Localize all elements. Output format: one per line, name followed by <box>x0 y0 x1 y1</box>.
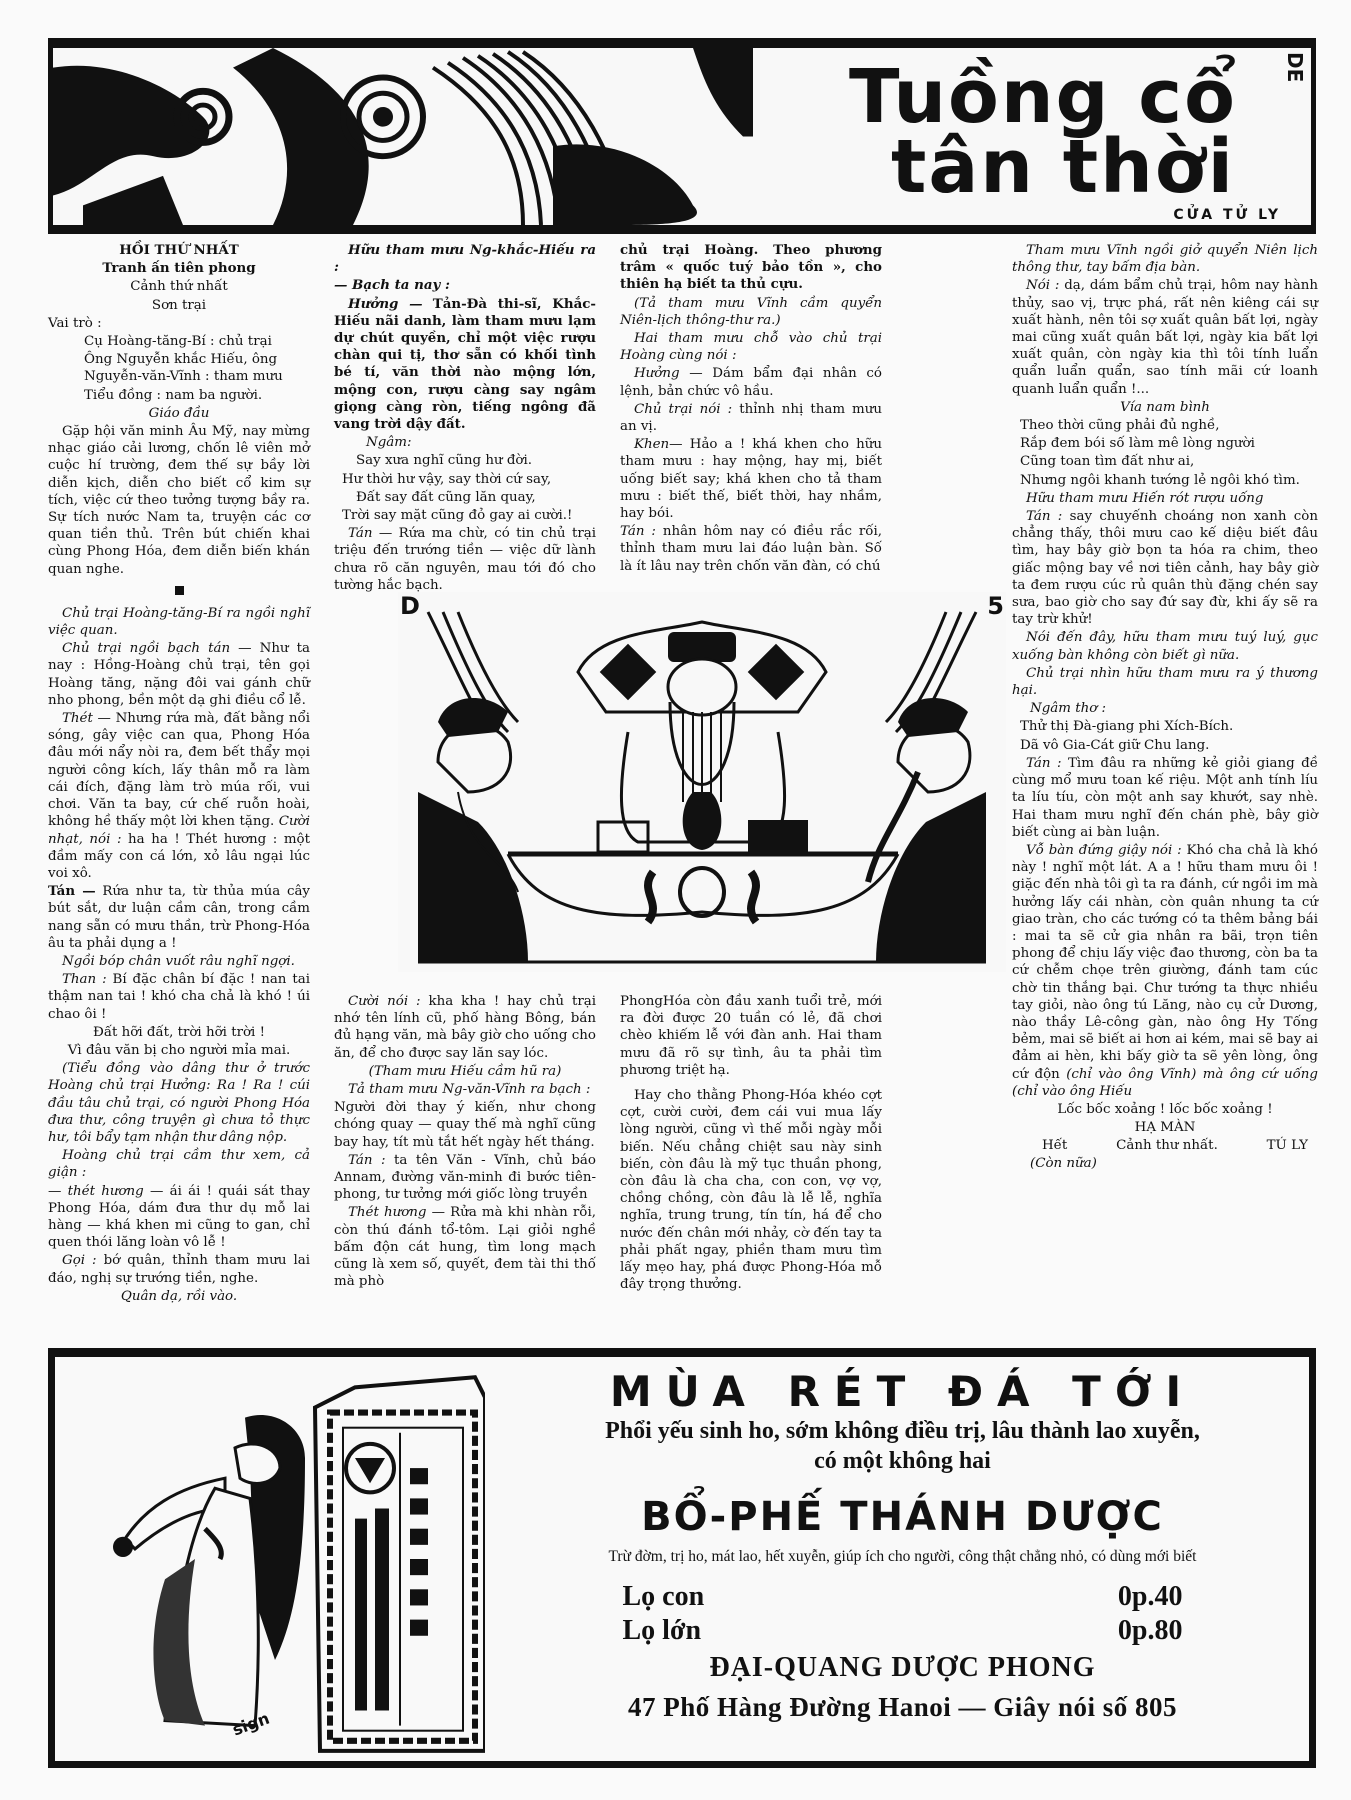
stage-direction: Hai tham mưu chỗ vào chủ trại Hoàng cùng… <box>620 330 882 364</box>
dialogue-paragraph: Gọi : bớ quân, thỉnh tham mưu lai đáo, n… <box>48 1252 310 1286</box>
dialogue-paragraph: PhongHóa còn đầu xanh tuổi trẻ, mới ra đ… <box>620 993 882 1079</box>
dialogue-paragraph: Khen— Hảo a ! khá khen cho hữu tham mưu … <box>620 436 882 522</box>
dialogue-paragraph: Than : Bí đặc chân bí đặc ! nan tai thậm… <box>48 971 310 1023</box>
dialogue-paragraph: Cười nói : kha kha ! hay chủ trại nhớ tê… <box>334 993 596 1062</box>
corner-mark: DE <box>1283 52 1307 82</box>
title-line-2: tân thời <box>753 132 1316 202</box>
dialogue-paragraph: Người đời thay ý kiến, như chong chóng q… <box>334 1099 596 1151</box>
council-scene-icon <box>398 592 1006 972</box>
byline: TÚ LY <box>1267 1137 1308 1154</box>
dialogue-paragraph: Hưởng — Tản-Đà thi-sĩ, Khắc-Hiếu nãi dan… <box>334 296 596 434</box>
role-item: Cụ Hoàng-tăng-Bí : chủ trại <box>48 333 310 350</box>
verse-line: Rắp đem bói số làm mê lòng người <box>1012 435 1318 452</box>
stage-direction: Nói đến đây, hữu tham mưu tuý luý, gục x… <box>1012 629 1318 663</box>
price-label: Lọ lớn <box>623 1614 702 1648</box>
price-value: 0p.80 <box>1118 1614 1183 1648</box>
price-list: Lọ con 0p.40 Lọ lớn 0p.80 <box>623 1580 1183 1648</box>
decorative-woodcut-icon <box>53 48 753 225</box>
setting-heading: Sơn trại <box>48 297 310 314</box>
stage-direction: (Tiểu đồng vào dâng thư ở trước Hoàng ch… <box>48 1060 310 1146</box>
scene-heading: Cảnh thứ nhất <box>48 278 310 295</box>
advertisement-copy: MÙA RÉT ĐÁ TỚI Phổi yếu sinh ho, sớm khô… <box>495 1367 1310 1723</box>
prologue-paragraph: Gặp hội văn minh Âu Mỹ, nay mừng nhạc gi… <box>48 423 310 578</box>
ad-headline: MÙA RÉT ĐÁ TỚI <box>495 1367 1310 1416</box>
dialogue-paragraph: Hưởng — Dám bẩm đại nhân có lệnh, bản ch… <box>620 365 882 399</box>
page-number: 5 <box>987 592 1004 620</box>
act-heading: HỒI THỨ NHẤT <box>48 242 310 259</box>
dialogue-paragraph: — thét hương — ái ái ! quái sát thay Pho… <box>48 1183 310 1252</box>
company-name: ĐẠI-QUANG DƯỢC PHONG <box>495 1652 1310 1684</box>
dialogue-paragraph: Vỗ bàn đứng giậy nói : Khó cha chả là kh… <box>1012 842 1318 1100</box>
title-line-1: Tuồng cổ <box>753 62 1316 132</box>
company-address: 47 Phố Hàng Đường Hanoi — Giây nói số 80… <box>495 1692 1310 1723</box>
verse-line: Vì đâu văn bị cho người mỉa mai. <box>48 1042 310 1059</box>
dialogue-paragraph: Tán : ta tên Văn - Vĩnh, chủ báo Annam, … <box>334 1152 596 1204</box>
verse-line: Cũng toan tìm đất như ai, <box>1012 453 1318 470</box>
role-item: Ông Nguyễn khắc Hiếu, ông Nguyễn-văn-Vĩn… <box>48 351 310 385</box>
verse-line: Đất hỡi đất, trời hỡi trời ! <box>48 1024 310 1041</box>
continued-note: (Còn nữa) <box>1012 1155 1318 1172</box>
dialogue-paragraph: Hay cho thằng Phong-Hóa khéo cợt cợt, cư… <box>620 1087 882 1293</box>
dialogue-paragraph: Thét hương — Rửa mà khi nhàn rỗi, còn th… <box>334 1204 596 1290</box>
stage-direction: Ngồi bóp chân vuốt râu nghĩ ngợi. <box>48 953 310 970</box>
stage-direction: (Tả tham mưu Vĩnh cầm quyển Niên-lịch th… <box>620 295 882 329</box>
verse-line: Thử thị Đà-giang phi Xích-Bích. <box>1012 718 1318 735</box>
masthead-banner: Tuồng cổ tân thời CỬA TỬ LY DE <box>48 38 1316 234</box>
verse-line: Dã vô Gia-Cát giữ Chu lang. <box>1012 737 1318 754</box>
end-scene: Cảnh thư nhất. <box>1116 1137 1218 1154</box>
dialogue-paragraph: Chủ trại nói : thỉnh nhị tham mưu an vị. <box>620 401 882 435</box>
song-heading: Vía nam bình <box>1012 399 1318 416</box>
masthead-title: Tuồng cổ tân thời <box>753 62 1316 203</box>
stage-direction: Quân dạ, rồi vào. <box>48 1288 310 1305</box>
signoff-row: Hết Cảnh thư nhất. TÚ LY <box>1012 1137 1318 1154</box>
dialogue-paragraph: Tán : nhân hôm nay có điều rắc rối, thỉn… <box>620 523 882 575</box>
price-row: Lọ con 0p.40 <box>623 1580 1183 1614</box>
page-letter: D <box>400 592 420 620</box>
product-description: Trừ đờm, trị ho, mát lao, hết xuyễn, giú… <box>495 1548 1310 1566</box>
dialogue-paragraph: Tán : say chuyếnh choáng non xanh còn ch… <box>1012 508 1318 628</box>
stage-direction: — Bạch ta nay : <box>334 277 596 294</box>
column-2-continued: Cười nói : kha kha ! hay chủ trại nhớ tê… <box>334 993 596 1291</box>
stage-direction: (Tham mưu Hiếu cầm hũ ra) <box>334 1063 596 1080</box>
stage-direction: Hữu tham mưu Hiến rót rượu uống <box>1012 490 1318 507</box>
stage-direction: Hoàng chủ trại cầm thư xem, cả giận : <box>48 1147 310 1181</box>
verse-line: Hư thời hư vậy, say thời cứ say, <box>334 471 596 488</box>
verse-line: Nhưng ngôi khanh tướng lẻ ngôi khó tìm. <box>1012 472 1318 489</box>
sound-effect-line: Lốc bốc xoảng ! lốc bốc xoảng ! <box>1012 1101 1318 1118</box>
woman-and-medicine-box-icon: sign <box>55 1357 485 1761</box>
dialogue-paragraph: Nói : dạ, dám bẩm chủ trại, hôm nay hành… <box>1012 277 1318 397</box>
stage-direction: Chủ trại nhìn hữu tham mưu ra ý thương h… <box>1012 665 1318 699</box>
price-value: 0p.40 <box>1118 1580 1183 1614</box>
verse-line: Đất say đất cũng lăn quay, <box>334 489 596 506</box>
dialogue-paragraph: Tán : Tìm đâu ra những kẻ giỏi giang đề … <box>1012 755 1318 841</box>
dialogue-paragraph: chủ trại Hoàng. Theo phương trâm « quốc … <box>620 242 882 294</box>
dialogue-paragraph: Chủ trại ngồi bạch tán — Như ta nay : Hồ… <box>48 640 310 709</box>
column-4: Tham mưu Vĩnh ngồi giở quyển Niên lịch t… <box>1012 242 1318 1173</box>
price-label: Lọ con <box>623 1580 705 1614</box>
column-3: chủ trại Hoàng. Theo phương trâm « quốc … <box>620 242 882 576</box>
role-item: Tiểu đồng : nam ba người. <box>48 387 310 404</box>
section-divider <box>175 586 184 595</box>
end-mark: Hết <box>1042 1137 1067 1154</box>
dialogue-paragraph: Thét — Nhưng rứa mà, đất bằng nổi sóng, … <box>48 710 310 882</box>
verse-line: Say xưa nghĩ cũng hư đời. <box>334 452 596 469</box>
verse-line: Trời say mặt cũng đỏ gay ai cười.! <box>334 507 596 524</box>
stage-direction: Hữu tham mưu Ng-khắc-Hiếu ra : <box>334 242 596 276</box>
author-credit: CỬA TỬ LY <box>1173 207 1281 223</box>
prologue-heading: Giáo đầu <box>48 405 310 422</box>
product-name: BỔ-PHẾ THÁNH DƯỢC <box>495 1494 1310 1540</box>
act-subtitle: Tranh ấn tiên phong <box>48 260 310 277</box>
stage-direction: Tham mưu Vĩnh ngồi giở quyển Niên lịch t… <box>1012 242 1318 276</box>
stage-direction: Chủ trại Hoàng-tăng-Bí ra ngồi nghĩ việc… <box>48 605 310 639</box>
medicine-advertisement: sign MÙA RÉT ĐÁ TỚI Phổi yếu sinh ho, sớ… <box>48 1348 1316 1768</box>
column-3-continued: PhongHóa còn đầu xanh tuổi trẻ, mới ra đ… <box>620 993 882 1294</box>
roles-label: Vai trò : <box>48 315 310 332</box>
chant-label: Ngâm: <box>334 434 596 451</box>
column-2: Hữu tham mưu Ng-khắc-Hiếu ra : — Bạch ta… <box>334 242 596 595</box>
ad-subline: có một không hai <box>495 1446 1310 1476</box>
woodcut-illustration: D 5 <box>398 592 1006 972</box>
dialogue-paragraph: Tán — Rứa như ta, từ thủa múa cây bút sắ… <box>48 883 310 952</box>
dialogue-paragraph: Tán — Rứa ma chừ, có tin chủ trại triệu … <box>334 525 596 594</box>
ad-subline: Phổi yếu sinh ho, sớm không điều trị, lâ… <box>495 1416 1310 1446</box>
stage-direction: Tả tham mưu Ng-văn-Vĩnh ra bạch : <box>334 1081 596 1098</box>
verse-line: Theo thời cũng phải đủ nghề, <box>1012 417 1318 434</box>
column-1: HỒI THỨ NHẤT Tranh ấn tiên phong Cảnh th… <box>48 242 310 1306</box>
price-row: Lọ lớn 0p.80 <box>623 1614 1183 1648</box>
poem-label: Ngâm thơ : <box>1012 700 1318 717</box>
curtain-line: HẠ MÀN <box>1012 1119 1318 1136</box>
